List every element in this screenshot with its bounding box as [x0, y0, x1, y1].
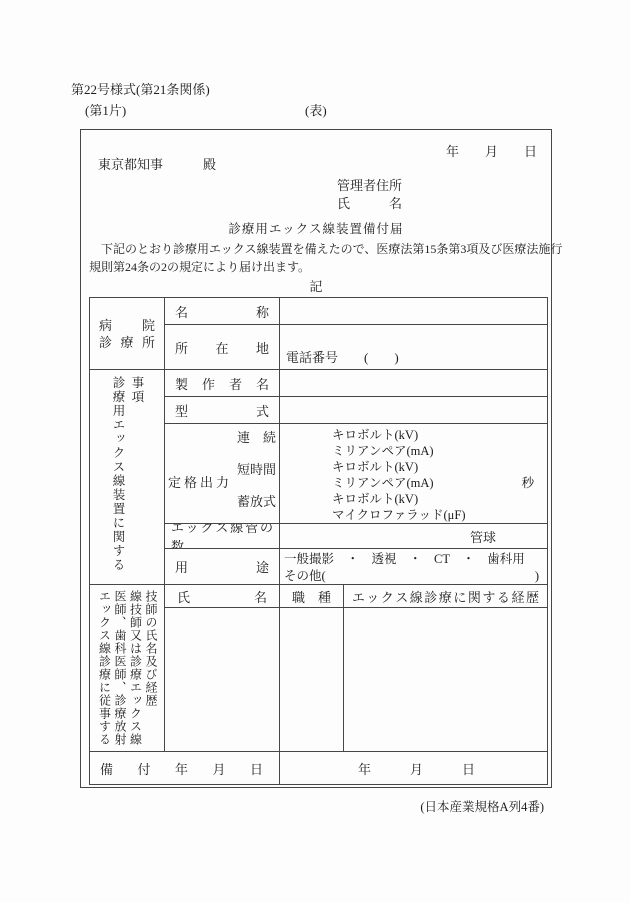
- unit-ma-continuous: ミリアンペア(mA): [332, 443, 547, 459]
- use-other-line: その他( ): [284, 568, 539, 585]
- unit-kv-capacitor: キロボルト(kV): [332, 491, 547, 507]
- honorific: 殿: [203, 157, 216, 172]
- equip-date-cells: 年 月 日: [358, 759, 475, 778]
- page-title: 診療用エックス線装置備付届: [81, 219, 551, 237]
- facility-address-label: 所在地: [165, 325, 280, 370]
- date-line: 年 月 日: [446, 141, 537, 160]
- device-header-col1: 診療用エックス線装置に関する: [108, 376, 127, 581]
- addressee-line: 東京都知事殿: [98, 154, 216, 173]
- model-label: 型式: [165, 397, 280, 424]
- unit-kv-continuous: キロボルト(kV): [332, 427, 547, 443]
- unit-seconds: 秒: [522, 475, 535, 491]
- sheet-label: (第1片): [85, 100, 126, 119]
- mode-capacitor-label: 蓄放式: [237, 491, 276, 510]
- body-line-2: 規則第24条の2の規定により届け出ます。: [89, 259, 551, 277]
- device-header-col2: 事項: [127, 376, 146, 581]
- phone-number-label: 電話番号 ( ): [286, 347, 547, 366]
- staff-header-col3: 線技師又は診療エックス線: [127, 590, 143, 748]
- facility-name-value: [280, 298, 547, 325]
- use-options: 一般撮影 ・ 透視 ・ CT ・ 歯科用: [284, 551, 539, 568]
- manager-address-label: 管理者住所: [337, 177, 402, 195]
- staff-header-col1: エックス線診療に従事する: [96, 590, 112, 748]
- staff-history-value: [344, 608, 547, 752]
- unit-microfarad: マイクロファラッド(μF): [332, 507, 547, 523]
- rated-output-label-cell: 定格出力 連 続 短時間 蓄放式: [165, 424, 280, 524]
- use-other-close: ): [535, 568, 539, 585]
- manager-block: 管理者住所 氏 名: [337, 177, 402, 213]
- body-paragraph: 下記のとおり診療用エックス線装置を備えたので、医療法第15条第3項及び医療法施行…: [89, 241, 551, 276]
- facility-name-label: 名称: [165, 298, 280, 325]
- body-line-1: 下記のとおり診療用エックス線装置を備えたので、医療法第15条第3項及び医療法施行: [89, 241, 551, 259]
- addressee: 東京都知事: [98, 157, 163, 172]
- staff-header-col2: 医師、歯科医師、診療放射: [112, 590, 128, 748]
- facility-header-line1: 病院: [99, 317, 155, 334]
- mode-short-time-label: 短時間: [237, 459, 276, 478]
- form-number: 第22号様式(第21条関係): [71, 79, 210, 98]
- use-label: 用途: [165, 549, 280, 585]
- facility-header-line2: 診療所: [99, 334, 155, 351]
- form-page: 第22号様式(第21条関係) (第1片) (表) 年 月 日 東京都知事殿 管理…: [0, 0, 630, 903]
- use-value: 一般撮影 ・ 透視 ・ CT ・ 歯科用 その他( ): [280, 549, 547, 585]
- form-table: 病院 診療所 名称 所在地 電話番号 ( ) 診療用エックス線装置に関する 事項: [89, 297, 548, 785]
- facility-section-header: 病院 診療所: [90, 298, 165, 370]
- device-section-header: 診療用エックス線装置に関する 事項: [90, 370, 165, 585]
- rated-output-values: キロボルト(kV) ミリアンペア(mA) キロボルト(kV) ミリアンペア(mA…: [280, 424, 547, 524]
- paper-size-note: (日本産業規格A列4番): [420, 797, 544, 815]
- staff-job-value: [280, 608, 344, 752]
- staff-header-vertical-text: エックス線診療に従事する 医師、歯科医師、診療放射 線技師又は診療エックス線 技…: [96, 590, 158, 748]
- equip-date-label: 備付年月日: [90, 752, 280, 784]
- staff-history-label: エックス線診療に関する経歴: [344, 585, 547, 608]
- staff-name-value: [165, 608, 280, 752]
- tube-unit-label: 管球: [470, 527, 496, 546]
- staff-header-col4: 技師の氏名及び経歴: [143, 590, 159, 748]
- tube-count-label: エックス線管の数: [165, 524, 280, 549]
- rated-output-label: 定格出力: [168, 472, 232, 491]
- unit-kv-short: キロボルト(kV): [332, 459, 547, 475]
- use-other-open: その他(: [284, 568, 326, 585]
- tube-count-value: 管球: [280, 524, 547, 549]
- record-label: 記: [81, 276, 551, 295]
- mode-continuous-label: 連 続: [237, 427, 276, 446]
- facility-address-value: 電話番号 ( ): [280, 325, 547, 370]
- staff-section-header: エックス線診療に従事する 医師、歯科医師、診療放射 線技師又は診療エックス線 技…: [90, 585, 165, 752]
- unit-ma-short: ミリアンペア(mA): [332, 475, 434, 491]
- device-header-vertical-text: 診療用エックス線装置に関する 事項: [108, 376, 146, 581]
- staff-name-label: 氏名: [165, 585, 280, 608]
- manager-name-label: 氏 名: [337, 195, 402, 213]
- form-frame: 年 月 日 東京都知事殿 管理者住所 氏 名 診療用エックス線装置備付届 下記の…: [80, 129, 552, 788]
- side-label: (表): [305, 100, 327, 119]
- equip-date-value: 年 月 日: [280, 752, 547, 784]
- maker-label: 製作者名: [165, 370, 280, 397]
- maker-value: [280, 370, 547, 397]
- model-value: [280, 397, 547, 424]
- staff-job-label: 職種: [280, 585, 344, 608]
- unit-ma-short-row: ミリアンペア(mA) 秒: [332, 475, 547, 491]
